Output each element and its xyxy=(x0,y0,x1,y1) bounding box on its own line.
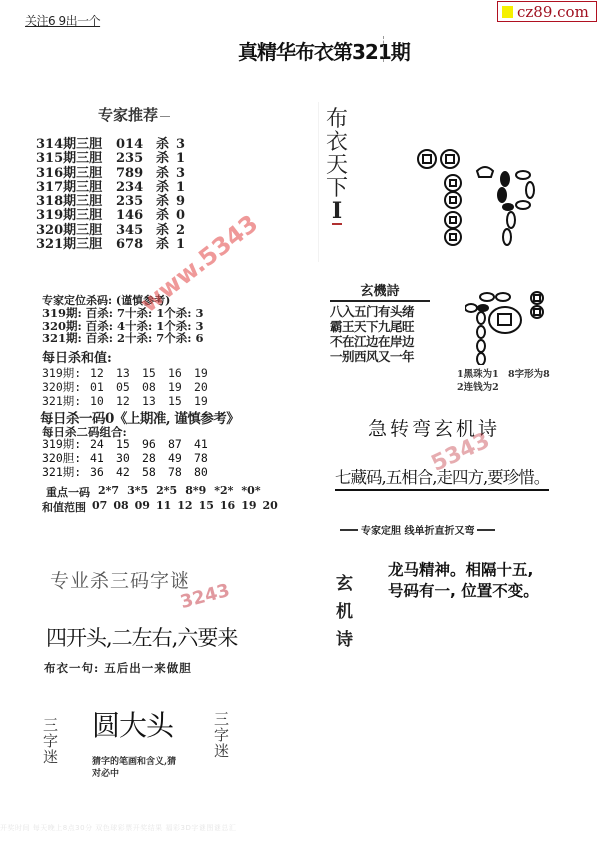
key-code-row: 重点一码 2*7 3*5 2*5 8*9 *2* *0* xyxy=(46,484,261,500)
sharp-turn-line: 七藏码,五相合,走四方,要珍惜。 xyxy=(335,464,549,491)
expert-recommend-title: 专家推荐 xyxy=(98,104,170,125)
expert-row: 316期三胆789杀3 xyxy=(36,167,185,181)
faint-footer-text: 开奖时间 每天晚上8点30分 双色球彩票开奖结果 福彩3D字谜图谜总汇 xyxy=(0,823,236,833)
kill-two-row: 319期:2415968741 xyxy=(42,437,220,451)
longma-poem: 龙马精神。相隔十五, 号码有一, 位置不变。 xyxy=(388,560,539,602)
coin-number-picture xyxy=(415,145,535,254)
poem-line: 八入五门有头绪 xyxy=(330,304,430,319)
key-code-label: 重点一码 xyxy=(46,484,90,500)
expert-row: 320期三胆345杀2 xyxy=(36,224,185,238)
expert-row: 319期三胆146杀0 xyxy=(36,209,185,223)
expert-row: 321期三胆678杀1 xyxy=(36,238,185,252)
sum-kill-row: 319期:1213151619 xyxy=(42,366,220,380)
sum-kill-row: 320期:0105081920 xyxy=(42,380,220,394)
buyi-vertical-text: 布 衣 天 下 I xyxy=(326,108,348,225)
mystic-poem-title: 玄機詩 xyxy=(330,280,430,302)
dash-divider xyxy=(477,529,495,531)
three-char-riddle-hint: 猜字的笔画和含义,猜对必中 xyxy=(92,756,182,780)
poem-line: 不在江边在岸边 xyxy=(330,334,430,349)
title-crop-edge xyxy=(383,36,385,62)
dash-divider xyxy=(340,529,358,531)
buyi-line: 布衣一句: 五后出一来做胆 xyxy=(44,660,192,676)
sum-kill-row: 321期:1012131519 xyxy=(42,394,220,408)
three-char-riddle-label-right: 三 字 迷 xyxy=(214,712,229,759)
sum-range-row: 和值范围 07 08 09 11 12 15 16 19 20 xyxy=(42,499,278,515)
xuanji-vertical-text: 玄 机 诗 xyxy=(336,570,353,654)
top-note: 关注6 9出一个 xyxy=(25,12,100,29)
poem-line: 霸王天下九尾旺 xyxy=(330,319,430,334)
three-char-riddle-label-left: 三 字 迷 xyxy=(43,718,58,765)
pro-kill-riddle-title: 专业杀三码字谜 xyxy=(50,566,190,593)
site-badge-text: cz89.com xyxy=(517,3,589,21)
site-badge-link[interactable]: cz89.com xyxy=(497,1,597,22)
legend-black-pearl: 1黑珠为1 xyxy=(457,366,499,380)
coins-icon xyxy=(415,145,535,250)
poem-line: 一别西风又一年 xyxy=(330,349,430,364)
pearl-number-picture xyxy=(465,290,555,369)
daily-kill-two-block: 319期:2415968741 320胆:4130284978 321期:364… xyxy=(42,437,220,479)
position-kill-block: 专家定位杀码: (谨慎参考) 319期: 百杀: 7十杀: 1个杀: 3 320… xyxy=(42,295,204,345)
legend-figure-eight: 8字形为8 xyxy=(508,366,550,380)
three-char-riddle-answer: 圆大头 xyxy=(92,704,173,744)
expert-row: 315期三胆235杀1 xyxy=(36,152,185,166)
expert-recommend-list: 314期三胆014杀3 315期三胆235杀1 316期三胆789杀3 317期… xyxy=(36,138,185,252)
legend-linked-coins: 2连钱为2 xyxy=(457,379,499,393)
daily-sum-kill-title: 每日杀和值: xyxy=(42,352,220,366)
daily-sum-kill-block: 每日杀和值: 319期:1213151619 320期:0105081920 3… xyxy=(42,352,220,408)
mystic-poem-box: 玄機詩 八入五门有头绪 霸王天下九尾旺 不在江边在岸边 一别西风又一年 xyxy=(330,280,430,364)
pearls-icon xyxy=(465,290,555,365)
sum-range-label: 和值范围 xyxy=(42,499,86,515)
position-kill-row: 319期: 百杀: 7十杀: 1个杀: 3 xyxy=(42,307,204,319)
expert-gall-line: 专家定胆 线单折直折又弯 xyxy=(340,522,495,537)
position-kill-row: 321期: 百杀: 2十杀: 7个杀: 6 xyxy=(42,332,204,344)
yellow-square-icon xyxy=(502,6,513,18)
riddle-text: 四开头,二左右,六要来 xyxy=(46,622,237,652)
kill-two-row: 321期:3642587880 xyxy=(42,465,220,479)
kill-two-row: 320胆:4130284978 xyxy=(42,451,220,465)
